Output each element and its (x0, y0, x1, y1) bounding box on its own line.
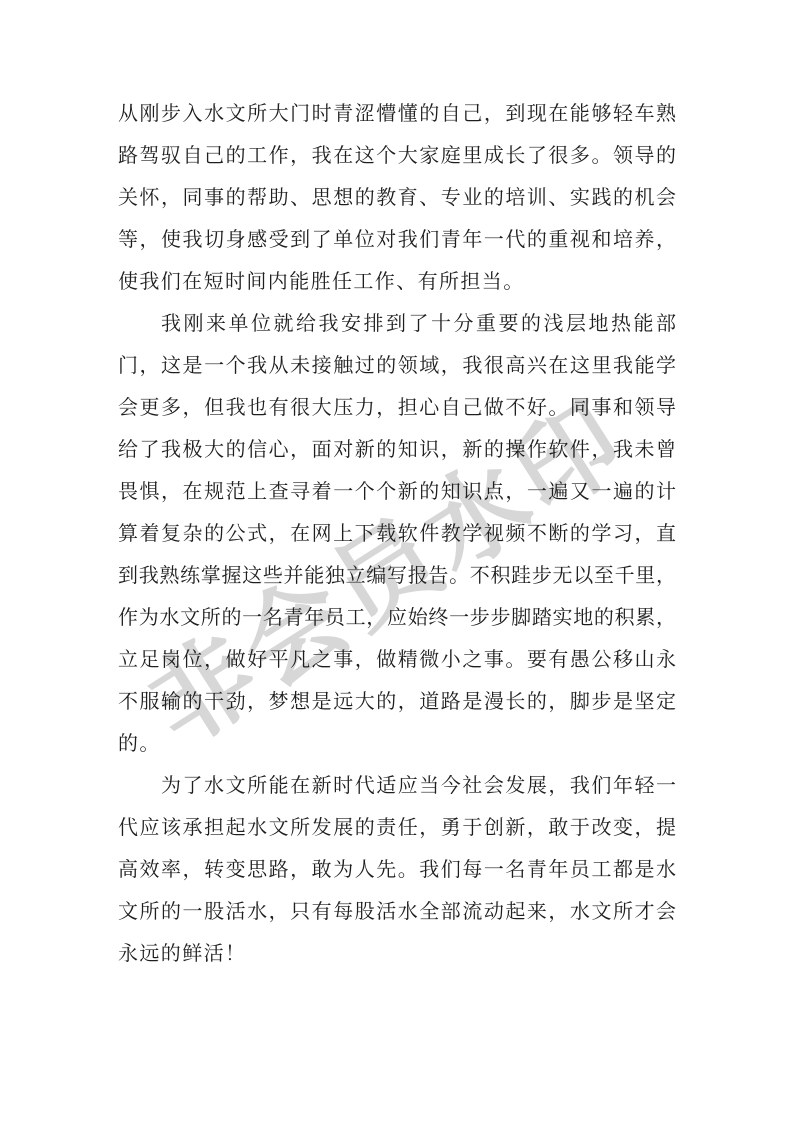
text-line: 到我熟练掌握这些并能独立编写报告。不积跬步无以至千里， (118, 555, 676, 597)
text-line: 使我们在短时间内能胜任工作、有所担当。 (118, 261, 676, 303)
text-line: 给了我极大的信心，面对新的知识，新的操作软件，我未曾 (118, 429, 676, 471)
text-line: 立足岗位，做好平凡之事，做精微小之事。要有愚公移山永 (118, 639, 676, 681)
text-line: 畏惧，在规范上查寻着一个个新的知识点，一遍又一遍的计 (118, 471, 676, 513)
text-line: 永远的鲜活！ (118, 933, 676, 975)
text-line: 会更多，但我也有很大压力，担心自己做不好。同事和领导 (118, 387, 676, 429)
text-line: 从刚步入水文所大门时青涩懵懂的自己，到现在能够轻车熟 (118, 93, 676, 135)
text-line: 我刚来单位就给我安排到了十分重要的浅层地热能部 (118, 303, 676, 345)
text-line: 的。 (118, 723, 676, 765)
text-line: 为了水文所能在新时代适应当今社会发展，我们年轻一 (118, 765, 676, 807)
text-line: 路驾驭自己的工作，我在这个大家庭里成长了很多。领导的 (118, 135, 676, 177)
text-line: 高效率，转变思路，敢为人先。我们每一名青年员工都是水 (118, 849, 676, 891)
text-line: 不服输的干劲，梦想是远大的，道路是漫长的，脚步是坚定 (118, 681, 676, 723)
text-line: 代应该承担起水文所发展的责任，勇于创新，敢于改变，提 (118, 807, 676, 849)
text-line: 作为水文所的一名青年员工，应始终一步步脚踏实地的积累， (118, 597, 676, 639)
text-line: 算着复杂的公式，在网上下载软件教学视频不断的学习，直 (118, 513, 676, 555)
document-page: 非会员水印 从刚步入水文所大门时青涩懵懂的自己，到现在能够轻车熟路驾驭自己的工作… (0, 0, 793, 1122)
text-line: 文所的一股活水，只有每股活水全部流动起来，水文所才会 (118, 891, 676, 933)
text-line: 门，这是一个我从未接触过的领域，我很高兴在这里我能学 (118, 345, 676, 387)
text-line: 等，使我切身感受到了单位对我们青年一代的重视和培养， (118, 219, 676, 261)
text-block: 从刚步入水文所大门时青涩懵懂的自己，到现在能够轻车熟路驾驭自己的工作，我在这个大… (118, 93, 676, 975)
text-line: 关怀，同事的帮助、思想的教育、专业的培训、实践的机会 (118, 177, 676, 219)
